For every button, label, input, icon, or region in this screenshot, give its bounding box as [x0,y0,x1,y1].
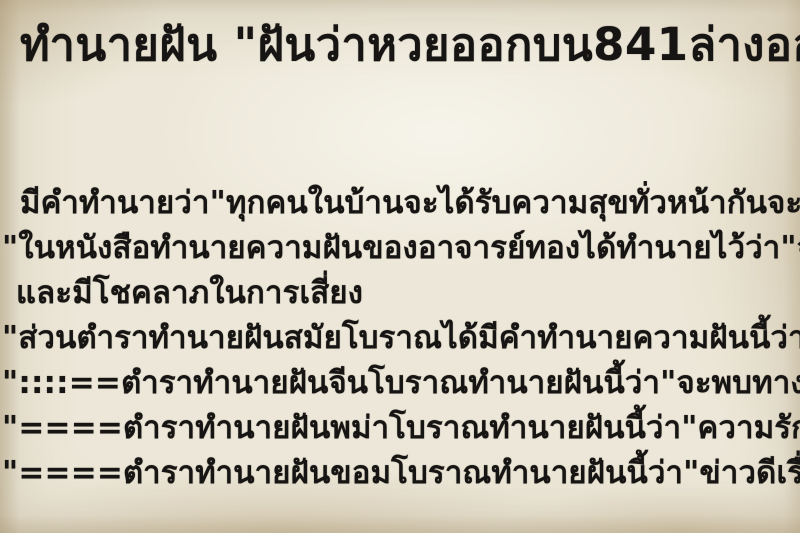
aged-paper-page: ทำนายฝัน "ฝันว่าหวยออกบน841ล่างออก4 มีคำ… [0,0,800,533]
body-line-burmese-text-prediction: "====ตำราทำนายฝันพม่าโบราณทำนายฝันนี้ว่า… [0,406,800,451]
page-title: ทำนายฝัน "ฝันว่าหวยออกบน841ล่างออก4 [20,14,800,76]
body-line-ancient-text-prediction: "ส่วนตำราทำนายฝันสมัยโบราณได้มีคำทำนายคว… [0,316,800,361]
dream-interpretation-text-block: มีคำทำนายว่า"ทุกคนในบ้านจะได้รับความสุขท… [0,181,800,533]
body-line-ajarn-thong-prediction: "ในหนังสือทำนายความฝันของอาจารย์ทองได้ทำ… [0,226,800,271]
body-line-khmer-text-prediction: "====ตำราทำนายฝันขอมโบราณทำนายฝันนี้ว่า"… [0,451,800,496]
body-line-luck-note: และมีโชคลาภในการเสี่ยง [0,271,800,316]
body-line-chinese-text-prediction: "::::==ตำราทำนายฝันจีนโบราณทำนายฝันนี้ว่… [0,361,800,406]
body-line-general-prediction: มีคำทำนายว่า"ทุกคนในบ้านจะได้รับความสุขท… [0,181,800,226]
